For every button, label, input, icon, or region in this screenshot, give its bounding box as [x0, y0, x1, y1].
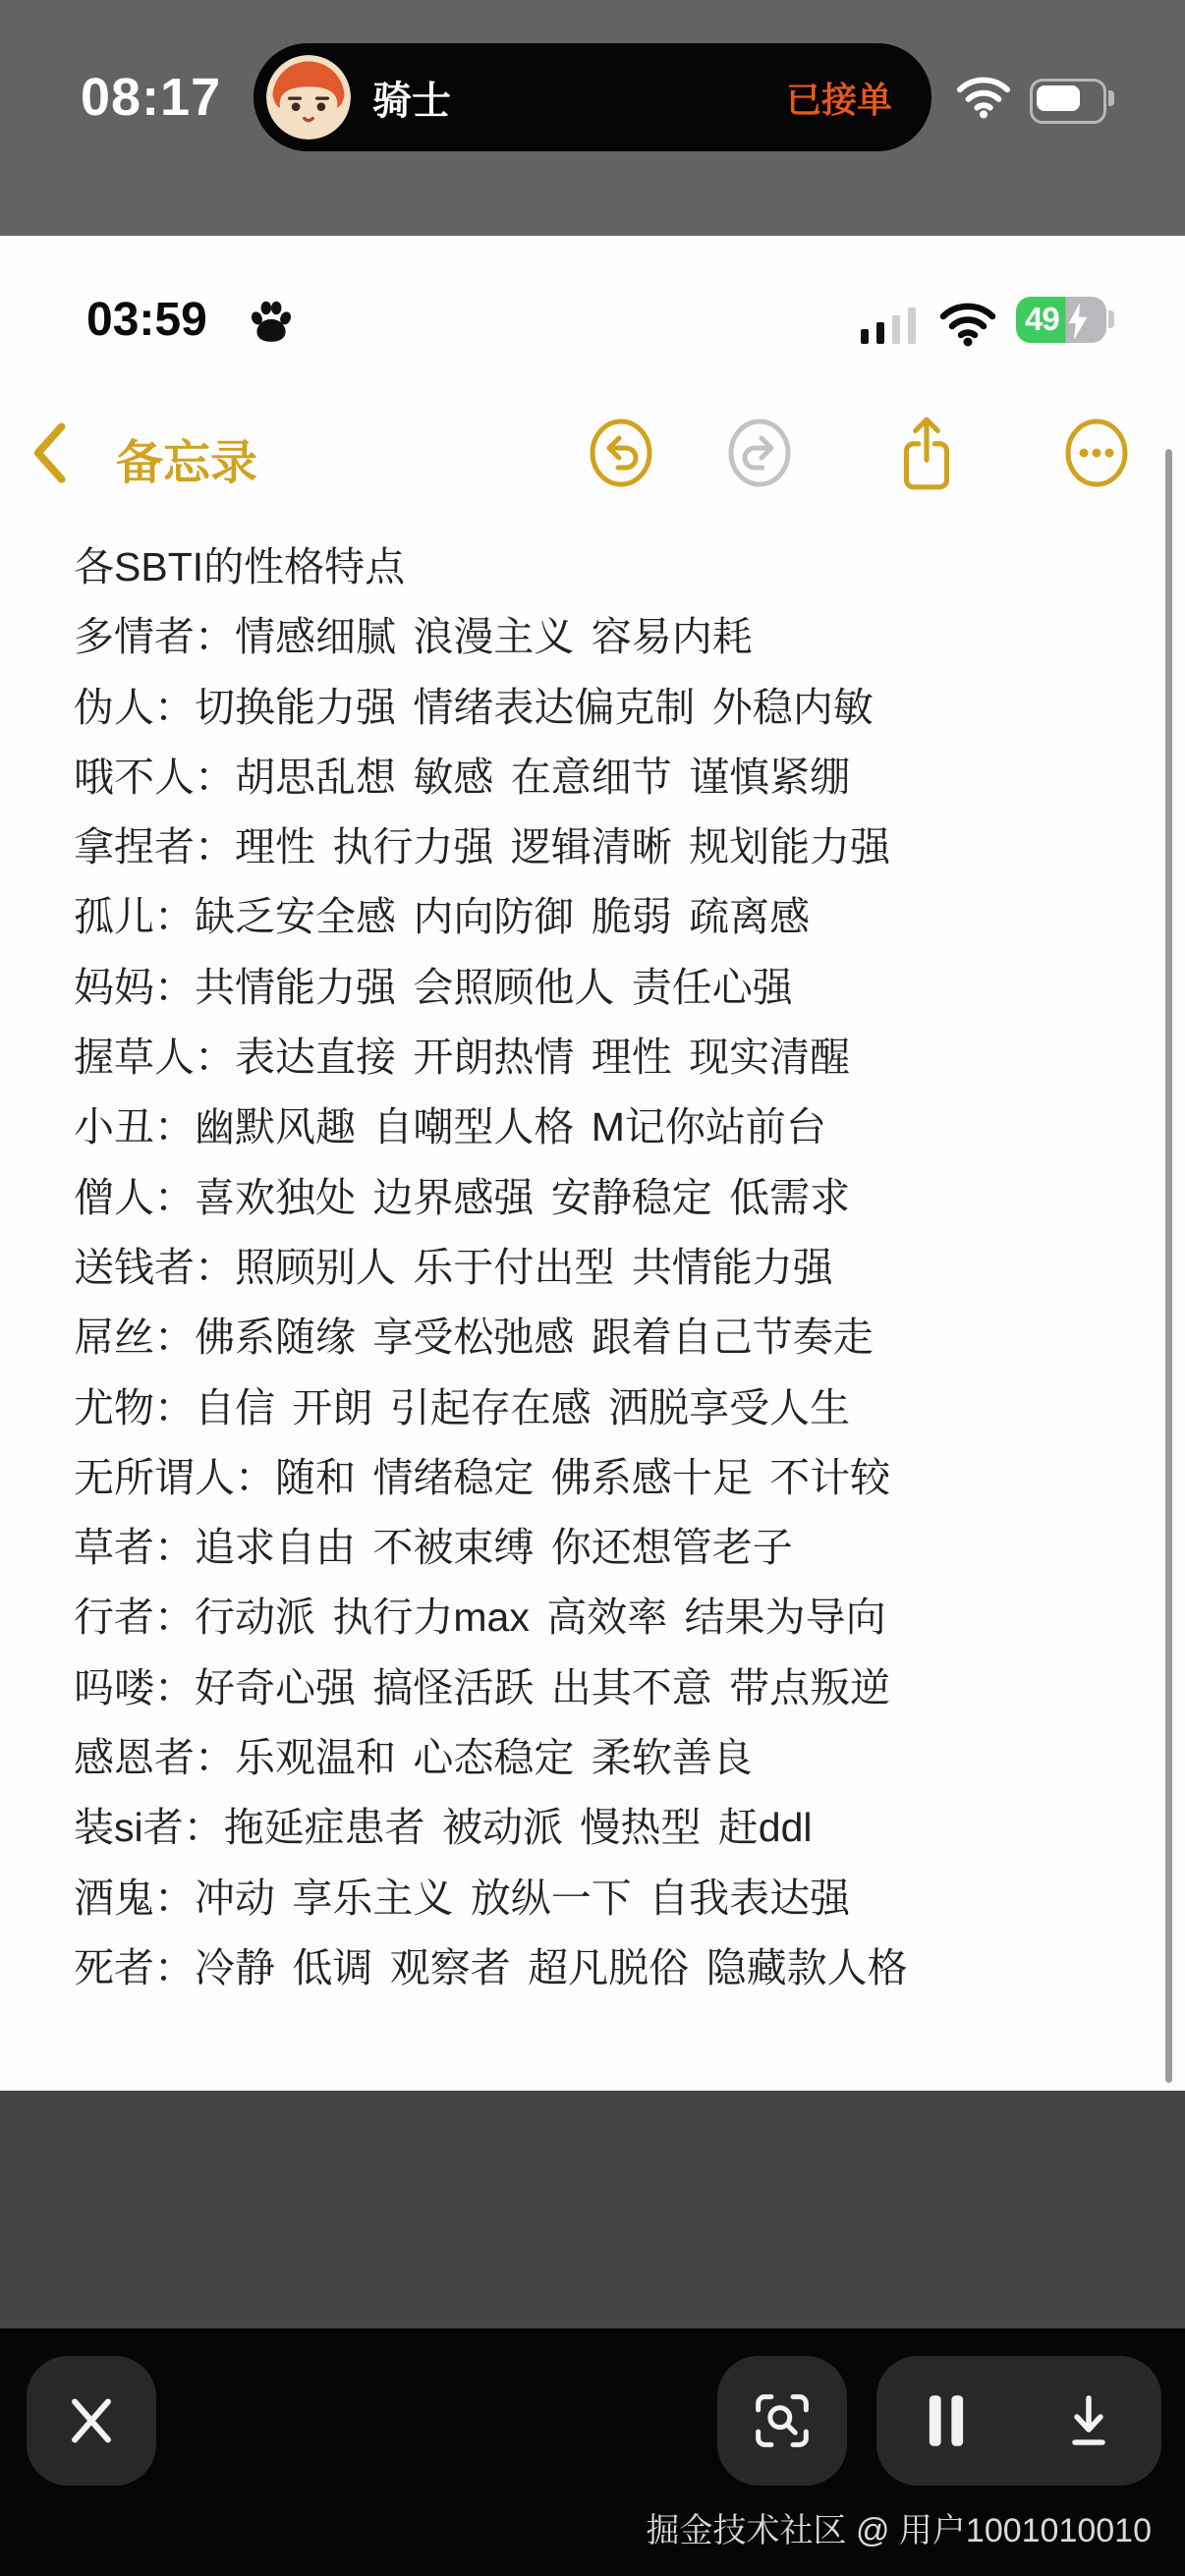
close-icon [63, 2392, 120, 2449]
note-line: 拿捏者：理性 执行力强 逻辑清晰 规划能力强 [74, 812, 1111, 882]
note-line: 僧人：喜欢独处 边界感强 安静稳定 低需求 [74, 1163, 1111, 1233]
wifi-icon [955, 75, 1012, 124]
note-line: 无所谓人：随和 情绪稳定 佛系感十足 不计较 [74, 1443, 1111, 1513]
screen: 08:17 骑士 已接单 [0, 0, 1185, 2576]
note-line: 装si者：拖延症患者 被动派 慢热型 赶ddl [74, 1793, 1111, 1863]
share-button[interactable] [894, 416, 963, 490]
note-line: 草者：追求自由 不被束缚 你还想管老子 [74, 1513, 1111, 1583]
cell-signal-icon [861, 305, 926, 344]
bottom-toolbar: 掘金技术社区 @ 用户1001010010 [0, 2328, 1185, 2576]
note-title: 各SBTI的性格特点 [74, 532, 1111, 602]
rider-avatar [266, 55, 351, 140]
note-line: 感恩者：乐观温和 心态稳定 柔软善良 [74, 1723, 1111, 1793]
back-chevron-icon[interactable] [29, 422, 69, 483]
order-status-badge: 已接单 [786, 73, 892, 123]
battery-charging-badge: 49 [1016, 297, 1106, 343]
note-line: 酒鬼：冲动 享乐主义 放纵一下 自我表达强 [74, 1864, 1111, 1933]
note-line: 吗喽：好奇心强 搞怪活跃 出其不意 带点叛逆 [74, 1653, 1111, 1723]
battery-percent: 49 [1025, 301, 1059, 338]
paw-icon [246, 297, 297, 346]
note-line: 伪人：切换能力强 情绪表达偏克制 外稳内敏 [74, 673, 1111, 743]
note-line: 小丑：幽默风趣 自嘲型人格 M记你站前台 [74, 1092, 1111, 1162]
note-body: 各SBTI的性格特点 多情者：情感细腻 浪漫主义 容易内耗伪人：切换能力强 情绪… [74, 532, 1111, 2003]
close-button[interactable] [27, 2356, 156, 2486]
note-line: 行者：行动派 执行力max 高效率 结果为导向 [74, 1583, 1111, 1652]
note-line: 屌丝：佛系随缘 享受松弛感 跟着自己节奏走 [74, 1303, 1111, 1372]
inner-clock: 03:59 [86, 293, 207, 347]
watermark-text: 掘金技术社区 @ 用户1001010010 [647, 2503, 1153, 2551]
letterbox-band [0, 2091, 1185, 2328]
scan-search-icon [752, 2390, 813, 2451]
note-line: 孤儿：缺乏安全感 内向防御 脆弱 疏离感 [74, 882, 1111, 952]
pause-download-group [876, 2356, 1161, 2486]
undo-button[interactable] [587, 416, 655, 490]
note-line: 哦不人：胡思乱想 敏感 在意细节 谨慎紧绷 [74, 743, 1111, 812]
live-activity-pill[interactable]: 骑士 已接单 [254, 43, 931, 151]
notes-screenshot: 03:59 49 [0, 236, 1185, 2091]
outer-clock: 08:17 [81, 67, 221, 128]
battery-icon [1030, 79, 1106, 124]
scan-search-button[interactable] [717, 2356, 847, 2486]
lightning-bolt-icon [1067, 303, 1089, 340]
note-line: 握草人：表达直接 开朗热情 理性 现实清醒 [74, 1023, 1111, 1092]
battery-cap [1108, 310, 1114, 328]
wifi-icon [938, 301, 997, 348]
more-button[interactable] [1062, 416, 1131, 490]
note-line: 尤物：自信 开朗 引起存在感 洒脱享受人生 [74, 1373, 1111, 1443]
download-button[interactable] [1063, 2392, 1114, 2449]
pause-button[interactable] [925, 2391, 968, 2450]
note-line: 死者：冷静 低调 观察者 超凡脱俗 隐藏款人格 [74, 1933, 1111, 2003]
back-button-label[interactable]: 备忘录 [116, 424, 257, 492]
outer-status-bar: 08:17 骑士 已接单 [0, 0, 1185, 236]
battery-cap [1108, 90, 1114, 106]
scrollbar[interactable] [1165, 449, 1172, 2083]
note-line: 送钱者：照顾别人 乐于付出型 共情能力强 [74, 1233, 1111, 1303]
note-line: 妈妈：共情能力强 会照顾他人 责任心强 [74, 953, 1111, 1023]
rider-name: 骑士 [372, 70, 451, 126]
note-line: 多情者：情感细腻 浪漫主义 容易内耗 [74, 602, 1111, 672]
redo-button-disabled [725, 416, 794, 490]
